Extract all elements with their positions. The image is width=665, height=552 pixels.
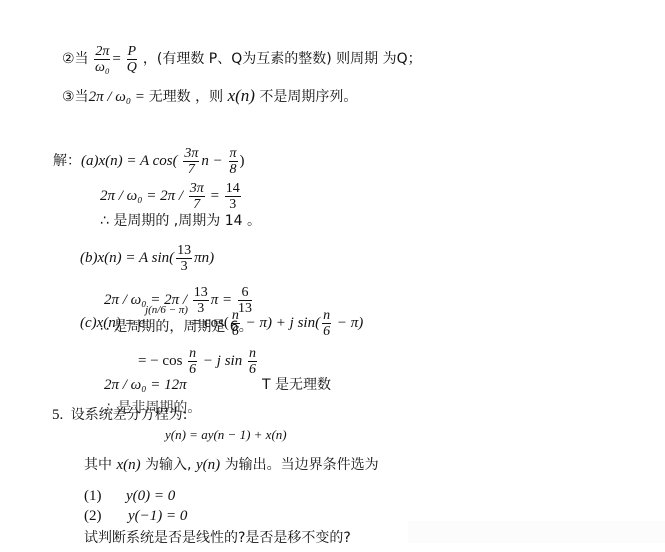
condition-expr: y(−1) = 0 — [128, 507, 187, 525]
solution-c-period-note: T 是无理数 — [262, 376, 331, 394]
desc-text: 为输出。当边界条件选为 — [220, 457, 378, 473]
fraction-2pi-omega: 2π ω₀ — [94, 44, 110, 75]
a-period-lhs: 2π / ω₀ = 2π / — [100, 188, 187, 204]
problem-5-description: 其中 x(n) 为输入, y(n) 为输出。当边界条件选为 — [84, 456, 379, 474]
case-3-text-2: 不是周期序列。 — [255, 89, 357, 105]
case-2-line: ②当 2π ω₀ = P Q ，(有理数 P、Q为互素的整数) 则周期 为Q； — [62, 44, 422, 75]
desc-text: 其中 — [84, 457, 116, 473]
a-head: (a)x(n) = A cos( — [81, 153, 178, 169]
case-3-text: 无理数 ，则 — [149, 89, 228, 105]
fraction: n6 — [248, 346, 257, 377]
condition-label: (2) — [84, 508, 102, 524]
a-tail: ) — [240, 153, 245, 169]
fraction: 133 — [176, 243, 192, 274]
fraction: π8 — [229, 146, 238, 177]
condition-1: (1) y(0) = 0 — [84, 487, 102, 505]
solution-c-period: 2π / ω₀ = 12π — [104, 376, 187, 394]
c-period: 2π / ω₀ = 12π — [104, 377, 187, 393]
solution-label: 解： — [53, 153, 81, 169]
difference-equation: y(n) = ay(n − 1) + x(n) — [165, 426, 287, 444]
c-exponent: j(n/6 − π) — [145, 304, 188, 316]
xn-expr: x(n) — [228, 86, 255, 105]
condition-expr: y(0) = 0 — [126, 487, 175, 505]
background-shade — [408, 521, 665, 543]
b-head: (b)x(n) = A sin( — [80, 250, 174, 266]
c-part2: − π) + j sin( — [242, 315, 320, 331]
c-line2-mid: − j sin — [199, 353, 246, 369]
case-3-expr: 2π / ω₀ = — [89, 89, 149, 105]
solution-b-line: (b)x(n) = A sin(133πn) — [80, 243, 214, 274]
problem-intro: 设系统差分方程为: — [71, 407, 188, 423]
c-line2-prefix: = − cos — [138, 353, 186, 369]
b-mid: π = — [211, 292, 236, 308]
problem-number: 5. — [52, 407, 63, 423]
a-mid: n − — [201, 153, 226, 169]
equals: = — [207, 188, 223, 204]
fraction: 3π7 — [189, 181, 205, 212]
problem-5-heading: 5. 设系统差分方程为: — [52, 406, 187, 424]
solution-a-conclusion: ∴ 是周期的 ,周期为 14 。 — [100, 212, 261, 230]
b-tail: πn) — [194, 250, 214, 266]
fraction: n6 — [322, 308, 331, 339]
solution-a-period: 2π / ω₀ = 2π / 3π7 = 143 — [100, 181, 243, 212]
case-2-text: ，(有理数 P、Q为互素的整数) 则周期 为Q； — [143, 51, 422, 67]
desc-text: 为输入, — [141, 457, 196, 473]
case-3-line: ③当2π / ω₀ = 无理数 ，则 x(n) 不是周期序列。 — [62, 87, 357, 106]
output-signal: y(n) — [196, 457, 220, 473]
c-part3: − π) — [333, 315, 363, 331]
solution-a-line: 解：(a)x(n) = A cos( 3π7n − π8) — [53, 146, 245, 177]
solution-b-conclusion: ∴ 是周期的，周期是 6。 — [100, 318, 253, 336]
input-signal: x(n) — [116, 457, 140, 473]
solution-c-line-2: = − cos n6 − j sin n6 — [138, 346, 259, 377]
fraction: 3π7 — [183, 146, 199, 177]
case-2-marker: ②当 — [62, 51, 89, 67]
fraction-p-q: P Q — [127, 44, 138, 75]
fraction: 143 — [225, 181, 241, 212]
fraction: n6 — [188, 346, 197, 377]
condition-label: (1) — [84, 488, 102, 504]
condition-2: (2) y(−1) = 0 — [84, 507, 102, 525]
case-3-marker: ③当 — [62, 89, 89, 105]
problem-5-question: 试判断系统是否是线性的?是否是移不变的? — [84, 529, 351, 547]
